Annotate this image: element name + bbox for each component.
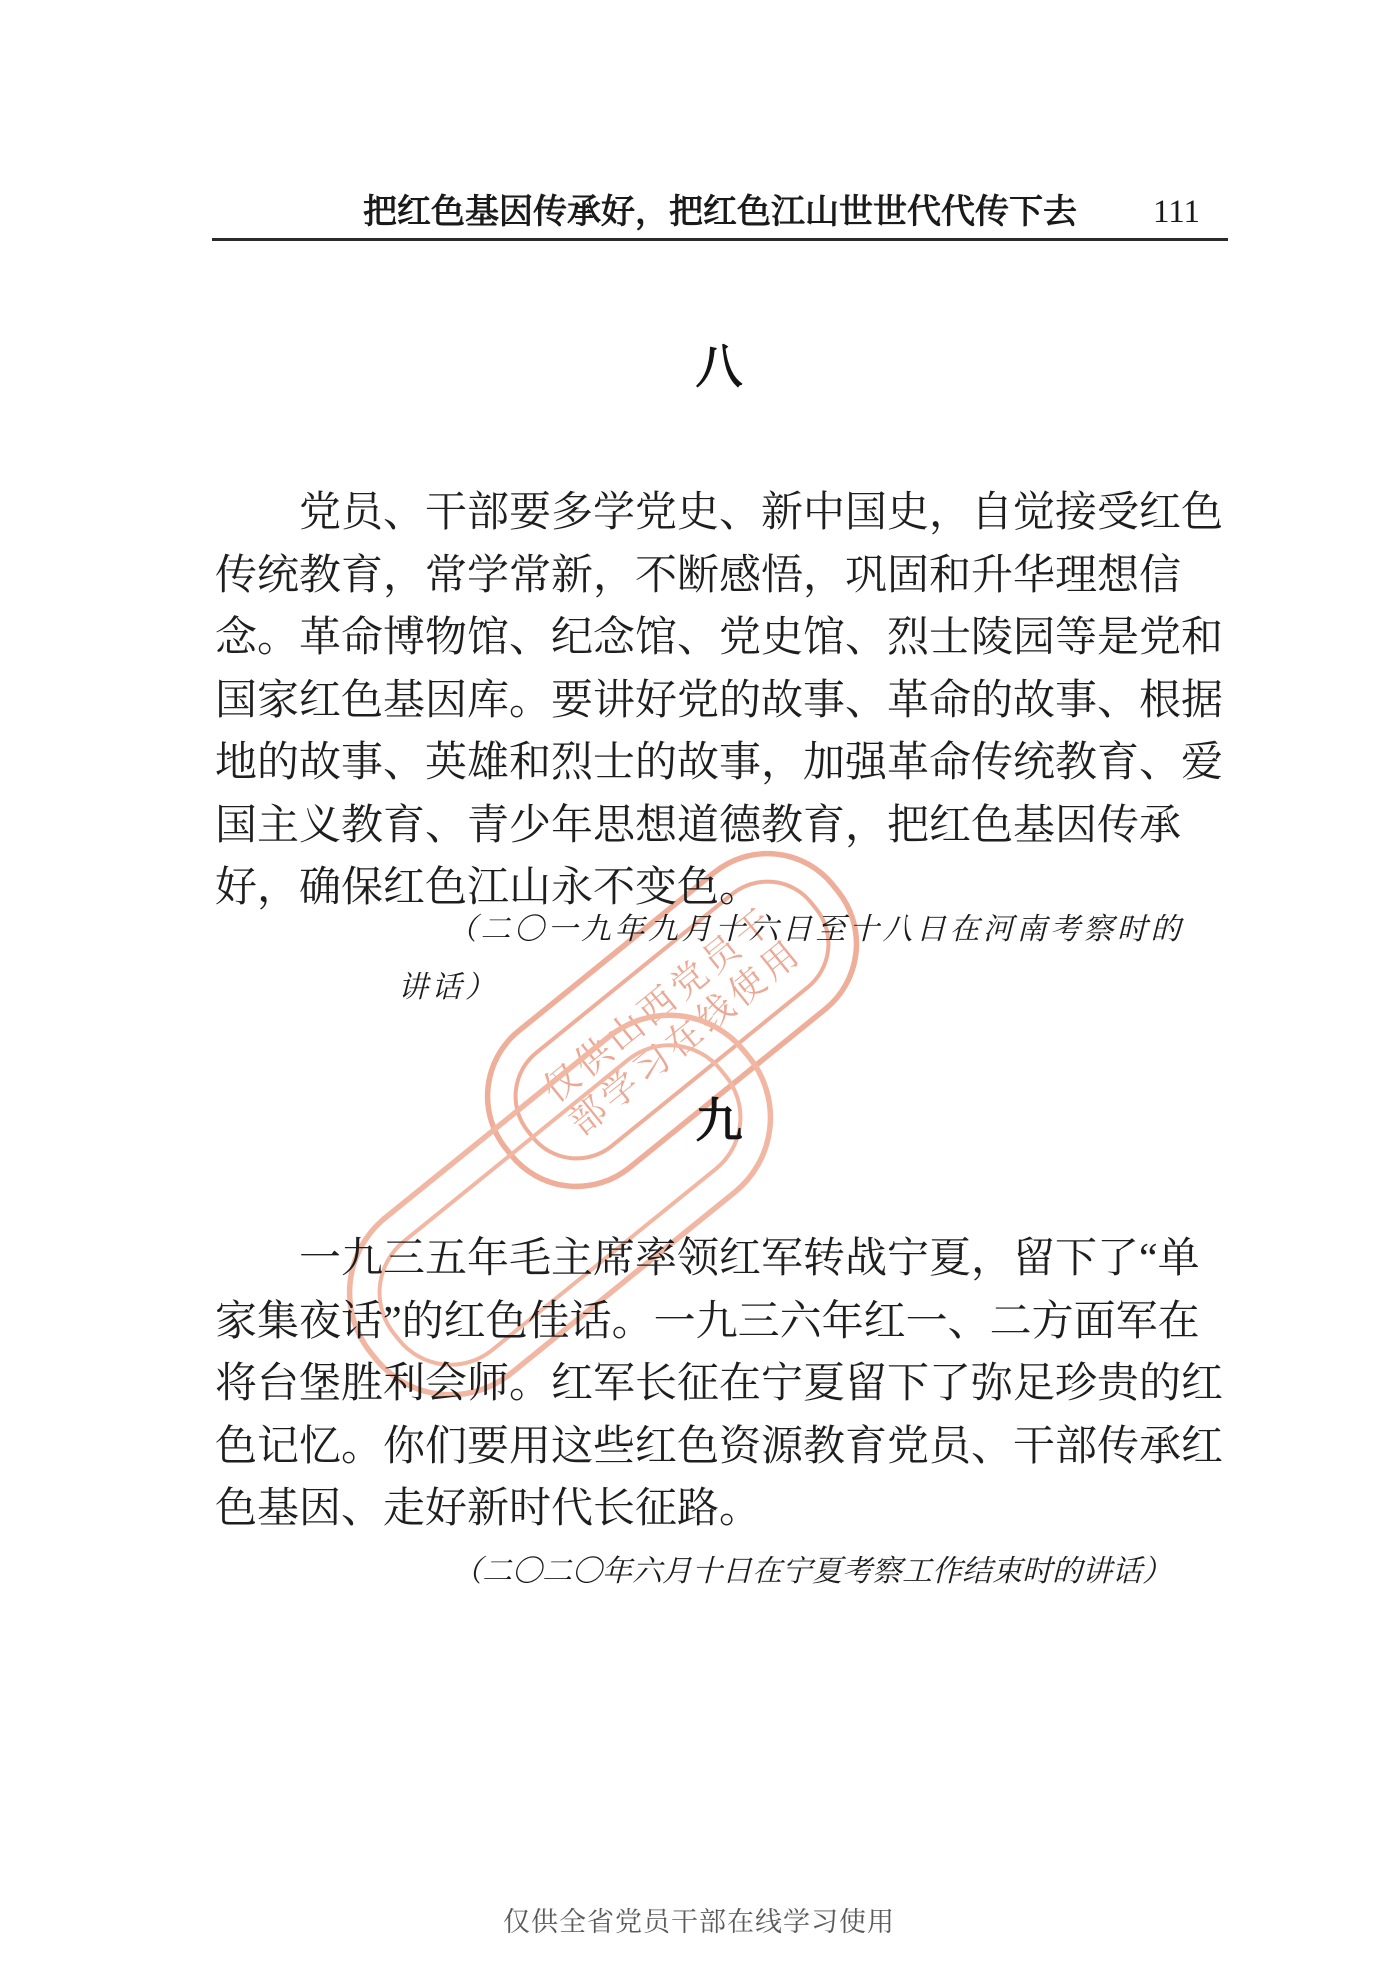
citation-line: （二〇一九年九月十六日至十八日在河南考察时的 [447,908,1184,952]
section-heading-8: 八 [215,340,1223,396]
header-rule [212,238,1228,241]
paragraph-line: 家集夜话”的红色佳话。一九三六年红一、二方面军在 [215,1291,1225,1354]
section-heading-9: 九 [215,1094,1223,1150]
paragraph-line: 一九三五年毛主席率领红军转战宁夏，留下了“单 [215,1228,1225,1291]
paragraph-line: 传统教育，常学常新，不断感悟，巩固和升华理想信 [215,545,1225,608]
book-page: 仅供山西党员干 部学习在线使用 把红色基因传承好，把红色江山世世代代传下去 11… [0,0,1398,1965]
running-head-title: 把红色基因传承好，把红色江山世世代代传下去 [212,190,1228,234]
citation-line: （二〇二〇年六月十日在宁夏考察工作结束时的讲话） [452,1550,1172,1594]
paragraph-line: 色基因、走好新时代长征路。 [215,1478,1225,1541]
paragraph-line: 国家红色基因库。要讲好党的故事、革命的故事、根据 [215,670,1225,733]
paragraph-line: 党员、干部要多学党史、新中国史，自觉接受红色 [215,482,1225,545]
running-head: 把红色基因传承好，把红色江山世世代代传下去 111 [212,190,1228,236]
paragraph-line: 念。革命博物馆、纪念馆、党史馆、烈士陵园等是党和 [215,607,1225,670]
page-content: 把红色基因传承好，把红色江山世世代代传下去 111 八 党员、干部要多学党史、新… [0,0,1398,1965]
paragraph-line: 地的故事、英雄和烈士的故事，加强革命传统教育、爱 [215,732,1225,795]
paragraph-line: 国主义教育、青少年思想道德教育，把红色基因传承 [215,795,1225,858]
page-number: 111 [1153,190,1200,234]
citation-line: 讲话） [398,966,499,1010]
paragraph-2: 一九三五年毛主席率领红军转战宁夏，留下了“单 家集夜话”的红色佳话。一九三六年红… [215,1228,1225,1541]
paragraph-1: 党员、干部要多学党史、新中国史，自觉接受红色 传统教育，常学常新，不断感悟，巩固… [215,482,1225,920]
paragraph-line: 将台堡胜利会师。红军长征在宁夏留下了弥足珍贵的红 [215,1353,1225,1416]
paragraph-line: 色记忆。你们要用这些红色资源教育党员、干部传承红 [215,1416,1225,1479]
footer-usage-note: 仅供全省党员干部在线学习使用 [0,1902,1398,1942]
